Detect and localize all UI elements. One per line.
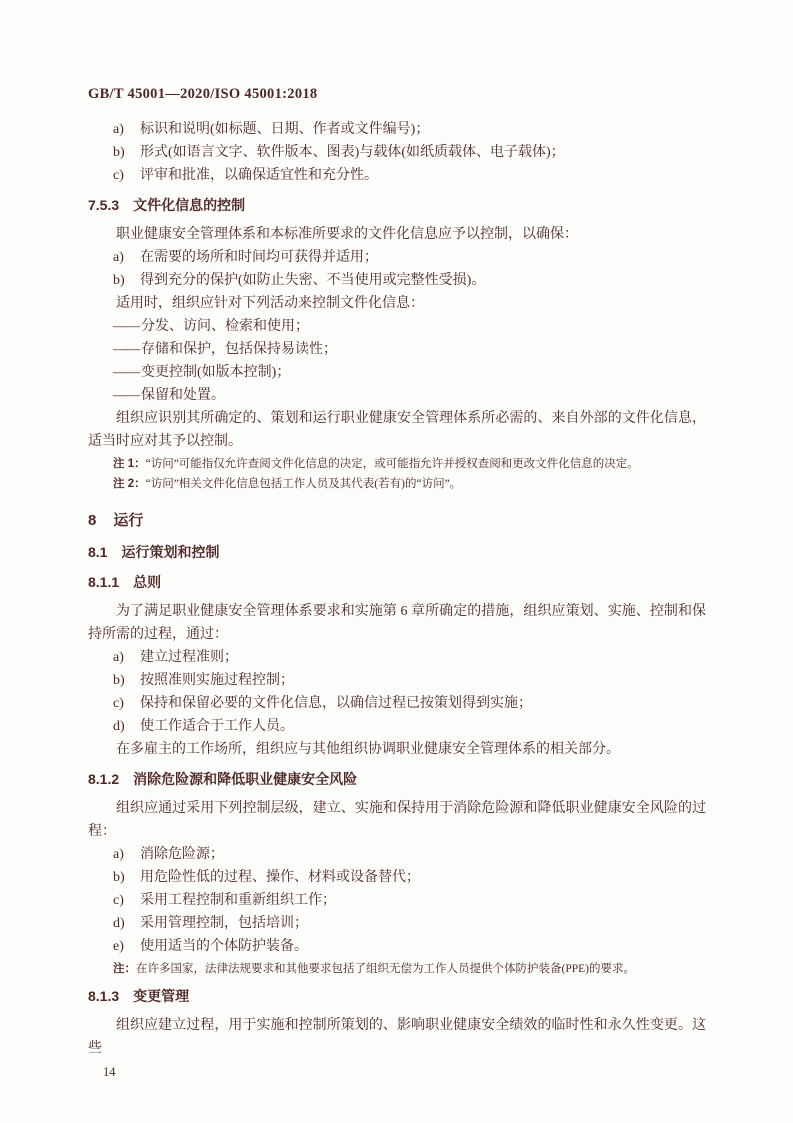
dash-list-item: ——变更控制(如版本控制)； — [113, 361, 706, 384]
list-item-text: 建立过程准则； — [140, 646, 706, 669]
page-number: 14 — [103, 1065, 706, 1080]
list-item-alpha: a)在需要的场所和时间均可获得并适用； — [88, 246, 706, 269]
list-item-text: 使工作适合于工作人员。 — [140, 715, 706, 738]
list-item-alpha: a)建立过程准则； — [88, 646, 706, 669]
sub-heading: 8.1.3变更管理 — [88, 985, 706, 1008]
list-item-marker: b) — [113, 141, 140, 164]
list-item-text: 评审和批准，以确保适宜性和充分性。 — [140, 164, 706, 187]
note-marker: 注： — [113, 963, 136, 975]
document-page: GB/T 45001—2020/ISO 45001:2018 a)标识和说明(如… — [0, 0, 793, 1123]
note-marker: 注 1： — [113, 458, 146, 470]
sub-heading: 7.5.3文件化信息的控制 — [88, 194, 706, 217]
list-item-marker: c) — [113, 889, 140, 912]
heading-number: 7.5.3 — [88, 197, 119, 213]
heading-number: 8 — [88, 512, 96, 529]
list-item-text: 按照准则实施过程控制； — [140, 669, 706, 692]
note-text: “访问”可能指仅允许查阅文件化信息的决定，或可能指允许并授权查阅和更改文件化信息… — [146, 458, 639, 470]
list-item-alpha: b)用危险性低的过程、操作、材料或设备替代； — [88, 866, 706, 889]
sub-heading: 8.1.2消除危险源和降低职业健康安全风险 — [88, 768, 706, 791]
dash-list-item: ——存储和保护，包括保持易读性； — [113, 338, 706, 361]
paragraph: 适用时，组织应针对下列活动来控制文件化信息： — [88, 292, 706, 315]
list-item-text: 保持和保留必要的文件化信息，以确信过程已按策划得到实施； — [140, 692, 706, 715]
heading-title: 运行策划和控制 — [121, 544, 219, 560]
dash-item-text: 变更控制(如版本控制)； — [141, 365, 290, 380]
dash-list-item: ——分发、访问、检索和使用； — [113, 315, 706, 338]
dash-marker: —— — [113, 342, 139, 357]
list-item-text: 采用工程控制和重新组织工作； — [140, 889, 706, 912]
list-item-marker: c) — [113, 164, 140, 187]
dash-marker: —— — [113, 388, 139, 403]
list-item-marker: a) — [113, 843, 140, 866]
dash-marker: —— — [113, 319, 139, 334]
chapter-heading: 8运行 — [88, 509, 706, 532]
list-item-alpha: a)标识和说明(如标题、日期、作者或文件编号)； — [88, 118, 706, 141]
paragraph: 在多雇主的工作场所，组织应与其他组织协调职业健康安全管理体系的相关部分。 — [88, 738, 706, 761]
list-item-alpha: d)使工作适合于工作人员。 — [88, 715, 706, 738]
heading-number: 8.1.2 — [88, 771, 119, 787]
list-item-alpha: c)采用工程控制和重新组织工作； — [88, 889, 706, 912]
list-item-marker: d) — [113, 715, 140, 738]
list-item-text: 形式(如语言文字、软件版本、图表)与载体(如纸质载体、电子载体)； — [140, 141, 706, 164]
note-text: 在许多国家，法律法规要求和其他要求包括了组织无偿为工作人员提供个体防护装备(PP… — [136, 963, 635, 975]
section-heading: 8.1运行策划和控制 — [88, 541, 706, 564]
heading-number: 8.1 — [88, 544, 107, 560]
heading-title: 文件化信息的控制 — [133, 197, 245, 213]
list-item-text: 采用管理控制，包括培训； — [140, 912, 706, 935]
list-item-text: 用危险性低的过程、操作、材料或设备替代； — [140, 866, 706, 889]
list-item-alpha: e)使用适当的个体防护装备。 — [88, 935, 706, 958]
paragraph: 组织应识别其所确定的、策划和运行职业健康安全管理体系所必需的、来自外部的文件化信… — [88, 407, 706, 453]
list-item-alpha: b)得到充分的保护(如防止失密、不当使用或完整性受损)。 — [88, 269, 706, 292]
list-item-alpha: b)形式(如语言文字、软件版本、图表)与载体(如纸质载体、电子载体)； — [88, 141, 706, 164]
note-marker: 注 2： — [113, 478, 146, 490]
list-item-text: 使用适当的个体防护装备。 — [140, 935, 706, 958]
paragraph: 为了满足职业健康安全管理体系要求和实施第 6 章所确定的措施，组织应策划、实施、… — [88, 600, 706, 646]
list-item-marker: a) — [113, 646, 140, 669]
list-item-text: 消除危险源； — [140, 843, 706, 866]
paragraph: 组织应通过采用下列控制层级，建立、实施和保持用于消除危险源和降低职业健康安全风险… — [88, 797, 706, 843]
list-item-alpha: d)采用管理控制，包括培训； — [88, 912, 706, 935]
list-item-marker: b) — [113, 866, 140, 889]
sub-heading: 8.1.1总则 — [88, 571, 706, 594]
list-item-marker: a) — [113, 246, 140, 269]
dash-item-text: 保留和处置。 — [141, 388, 225, 403]
list-item-marker: e) — [113, 935, 140, 958]
note: 注 2：“访问”相关文件化信息包括工作人员及其代表(若有)的“访问”。 — [113, 475, 706, 493]
dash-list-item: ——保留和处置。 — [113, 384, 706, 407]
list-item-alpha: c)评审和批准，以确保适宜性和充分性。 — [88, 164, 706, 187]
heading-number: 8.1.3 — [88, 988, 119, 1004]
heading-title: 总则 — [133, 574, 161, 590]
dash-item-text: 分发、访问、检索和使用； — [141, 319, 309, 334]
document-content: a)标识和说明(如标题、日期、作者或文件编号)；b)形式(如语言文字、软件版本、… — [88, 118, 706, 1060]
paragraph: 组织应建立过程，用于实施和控制所策划的、影响职业健康安全绩效的临时性和永久性变更… — [88, 1014, 706, 1060]
dash-item-text: 存储和保护，包括保持易读性； — [141, 342, 337, 357]
list-item-alpha: c)保持和保留必要的文件化信息，以确信过程已按策划得到实施； — [88, 692, 706, 715]
list-item-marker: b) — [113, 269, 140, 292]
heading-number: 8.1.1 — [88, 574, 119, 590]
dash-marker: —— — [113, 365, 139, 380]
note-text: “访问”相关文件化信息包括工作人员及其代表(若有)的“访问”。 — [146, 478, 462, 490]
heading-title: 运行 — [113, 512, 143, 529]
paragraph: 职业健康安全管理体系和本标准所要求的文件化信息应予以控制，以确保： — [88, 223, 706, 246]
list-item-text: 得到充分的保护(如防止失密、不当使用或完整性受损)。 — [140, 269, 706, 292]
list-item-alpha: b)按照准则实施过程控制； — [88, 669, 706, 692]
list-item-marker: a) — [113, 118, 140, 141]
list-item-marker: b) — [113, 669, 140, 692]
list-item-text: 标识和说明(如标题、日期、作者或文件编号)； — [140, 118, 706, 141]
heading-title: 消除危险源和降低职业健康安全风险 — [133, 771, 357, 787]
heading-title: 变更管理 — [133, 988, 189, 1004]
note: 注 1：“访问”可能指仅允许查阅文件化信息的决定，或可能指允许并授权查阅和更改文… — [113, 455, 706, 473]
note: 注：在许多国家，法律法规要求和其他要求包括了组织无偿为工作人员提供个体防护装备(… — [113, 960, 706, 978]
list-item-text: 在需要的场所和时间均可获得并适用； — [140, 246, 706, 269]
list-item-marker: c) — [113, 692, 140, 715]
list-item-alpha: a)消除危险源； — [88, 843, 706, 866]
standard-number-header: GB/T 45001—2020/ISO 45001:2018 — [88, 86, 706, 102]
list-item-marker: d) — [113, 912, 140, 935]
